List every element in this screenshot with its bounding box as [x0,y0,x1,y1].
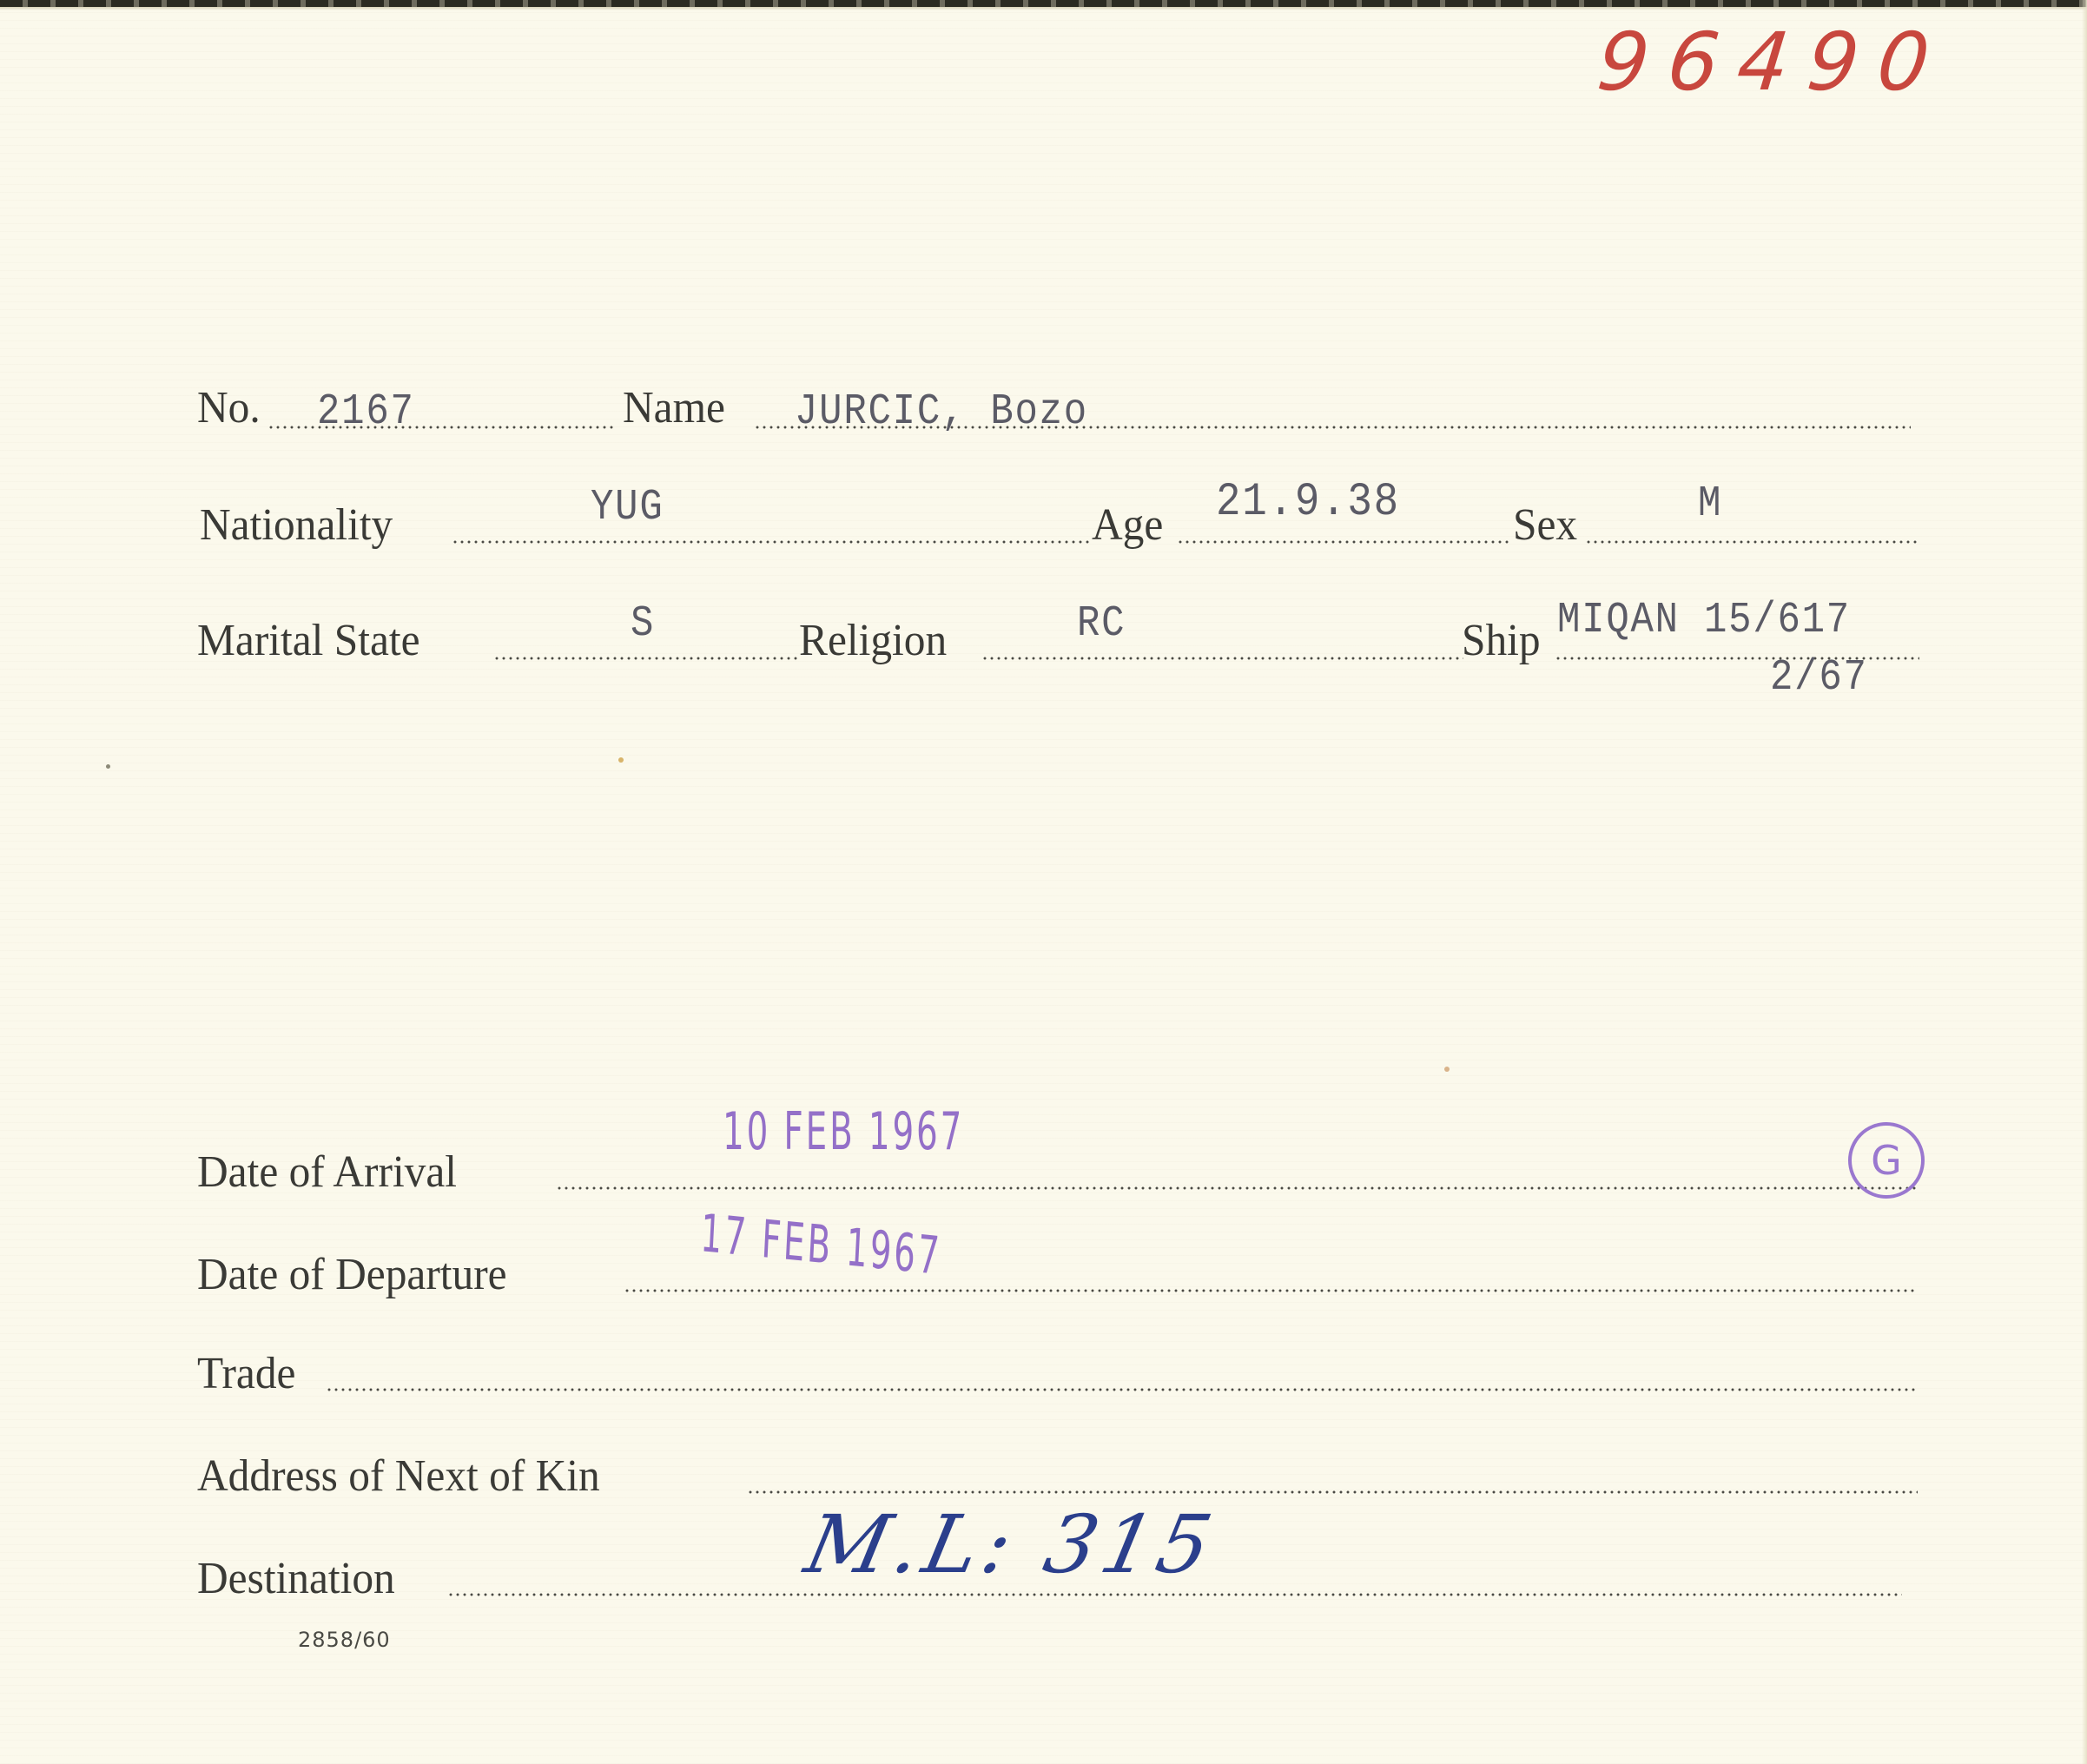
card-top-edge [0,0,2087,7]
card-right-edge [2082,0,2087,1764]
g-circle-stamp: G [1848,1122,1925,1199]
form-code: 2858/60 [298,1628,391,1652]
religion-label: Religion [799,615,947,666]
date-of-arrival-dotted-line [556,1186,1918,1190]
no-value: 2167 [317,387,415,437]
marital-state-value: S [631,599,655,649]
ship-value-line1: MIQAN 15/617 [1557,596,1851,645]
sex-dotted-line [1585,540,1919,544]
date-of-arrival-label: Date of Arrival [197,1146,457,1198]
destination-label: Destination [197,1553,395,1604]
marital-state-label: Marital State [197,615,420,666]
address-next-of-kin-dotted-line [747,1490,1918,1494]
trade-label: Trade [197,1348,295,1399]
registration-card: 96490 No. 2167 Name JURCIC, Bozo Nationa… [0,0,2087,1764]
religion-value: RC [1077,599,1126,649]
trade-dotted-line [326,1388,1918,1391]
ship-label: Ship [1462,615,1541,666]
no-label: No. [197,382,261,433]
religion-dotted-line [981,657,1463,660]
age-value: 21.9.38 [1216,476,1400,529]
paper-speck [618,757,624,763]
date-of-arrival-stamp: 10 FEB 1967 [723,1101,964,1162]
g-stamp-letter: G [1871,1137,1902,1184]
sex-label: Sex [1513,499,1577,551]
ship-value-line2: 2/67 [1770,653,1868,703]
sex-value: M [1698,479,1722,529]
marital-state-dotted-line [493,657,797,660]
card-top-shadow [0,7,2087,10]
address-next-of-kin-label: Address of Next of Kin [197,1450,600,1502]
age-dotted-line [1177,540,1511,544]
name-value: JURCIC, Bozo [795,387,1088,437]
age-label: Age [1092,499,1163,551]
date-of-departure-label: Date of Departure [197,1249,507,1300]
destination-handwritten-value: M.L: 315 [798,1498,1225,1591]
paper-speck [106,764,110,769]
name-label: Name [623,382,725,433]
nationality-value: YUG [591,483,664,532]
date-of-departure-stamp: 17 FEB 1967 [699,1203,943,1287]
archive-number: 96490 [1593,16,1952,109]
date-of-departure-dotted-line [624,1289,1918,1292]
nationality-dotted-line [452,540,1090,544]
destination-dotted-line [447,1593,1902,1596]
nationality-label: Nationality [200,499,393,551]
paper-speck [1444,1067,1450,1072]
